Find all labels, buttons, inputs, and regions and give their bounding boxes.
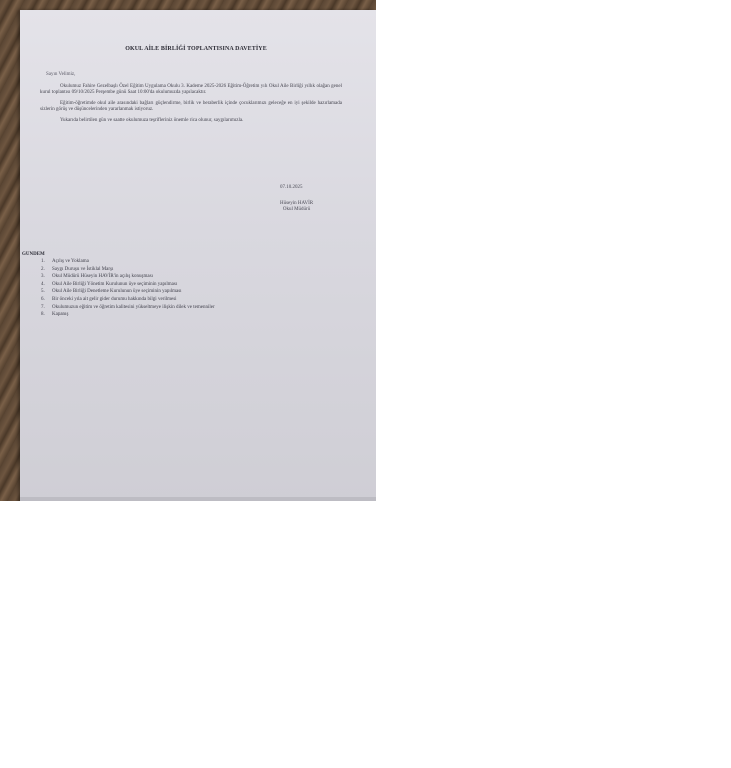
agenda-list: Açılış ve Yoklama Saygı Duruşu ve İstikl… [22,258,312,319]
salutation: Sayın Velimiz, [46,72,342,77]
document-title: OKUL AİLE BİRLİĞİ TOPLANTISINA DAVETİYE [50,46,342,52]
agenda-section: GÜNDEM Açılış ve Yoklama Saygı Duruşu ve… [22,252,312,319]
agenda-item: Saygı Duruşu ve İstiklal Marşı [46,266,312,274]
invitation-letter: OKUL AİLE BİRLİĞİ TOPLANTISINA DAVETİYE … [40,46,342,124]
document-date: 07.10.2025 [280,185,303,191]
signatory-title: Okul Müdürü [280,207,313,213]
agenda-title: GÜNDEM [22,252,312,257]
signature-block: Hüseyin HAVİR Okul Müdürü [280,201,313,213]
agenda-item: Okul Aile Birliği Denetleme Kurulunun üy… [46,288,312,296]
paragraph-2: Eğitim-öğretimde okul aile arasındaki ba… [40,101,342,114]
paragraph-1: Okulumuz Fahire Gezelbaşlı Özel Eğitim U… [40,84,342,97]
agenda-item: Okulumuzun eğitim ve öğretim kalitesini … [46,304,312,312]
agenda-item: Bir önceki yıla ait gelir gider durumu h… [46,296,312,304]
agenda-item: Kapanış [46,311,312,319]
document-photo: OKUL AİLE BİRLİĞİ TOPLANTISINA DAVETİYE … [0,0,376,501]
paragraph-3: Yukarıda belirtilen gün ve saatte okulum… [40,118,342,124]
agenda-item: Okul Müdürü Hüseyin HAVİR'in açılış konu… [46,273,312,281]
agenda-item: Okul Aile Birliği Yönetim Kurulunun üye … [46,281,312,289]
agenda-item: Açılış ve Yoklama [46,258,312,266]
